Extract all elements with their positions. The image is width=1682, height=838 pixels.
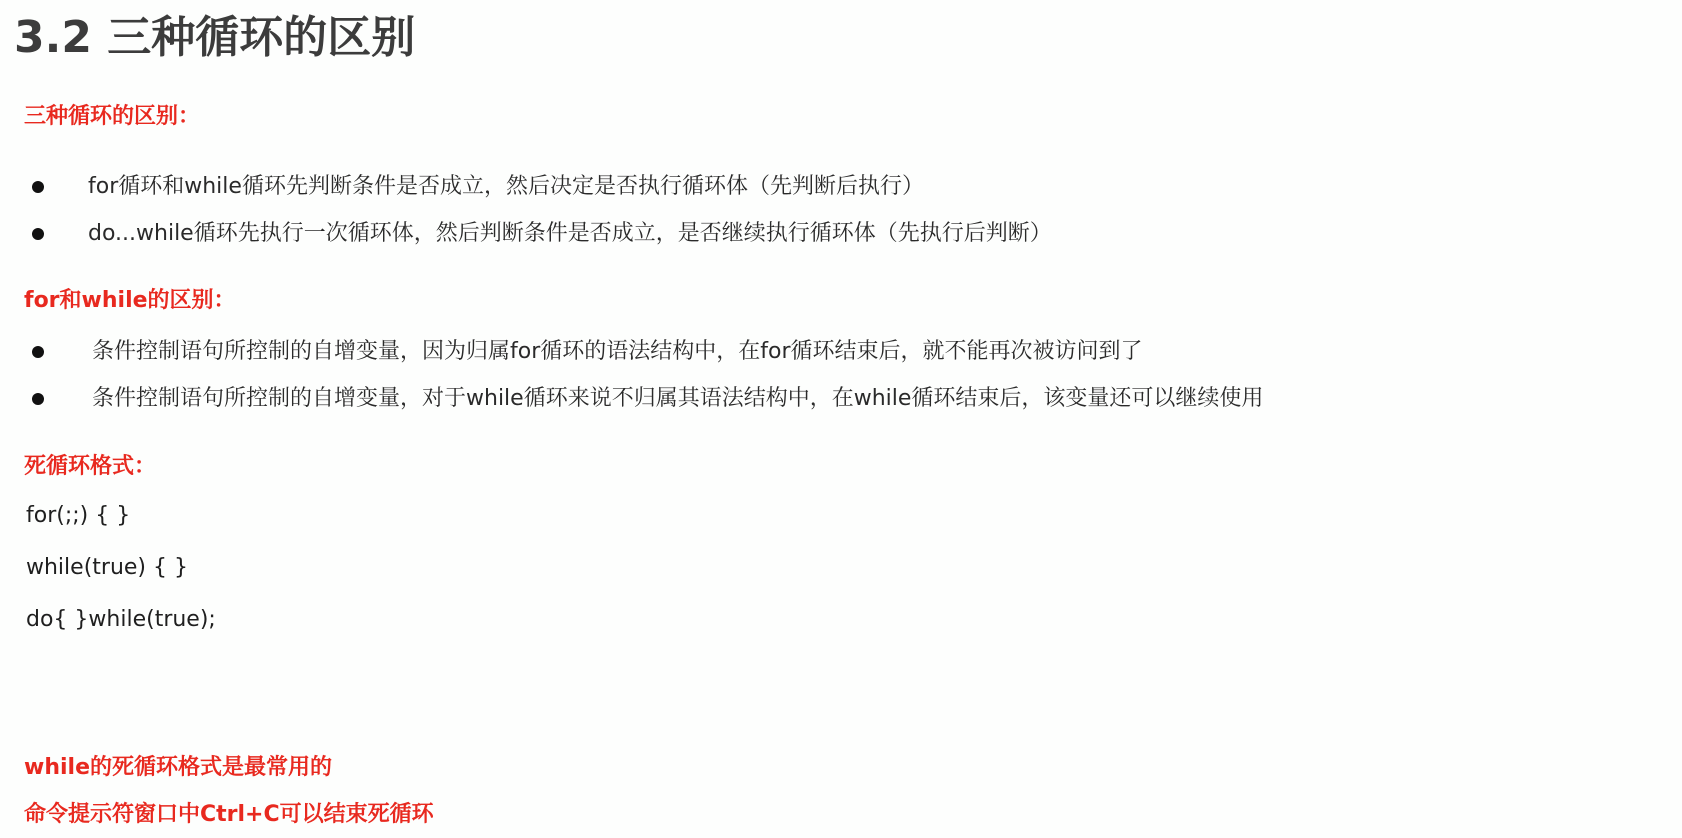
code-line-do-while: do{ }while(true); — [26, 605, 216, 635]
list-item-text: 条件控制语句所控制的自增变量，对于while循环来说不归属其语法结构中，在whi… — [92, 382, 1263, 416]
list-item-text: do...while循环先执行一次循环体，然后判断条件是否成立，是否继续执行循环… — [88, 217, 1052, 251]
page-title: 3.2 三种循环的区别 — [14, 8, 415, 68]
note-while-most-common: while的死循环格式是最常用的 — [24, 753, 332, 783]
bullet-icon — [32, 228, 44, 240]
bullet-icon — [32, 346, 44, 358]
bullet-icon — [32, 181, 44, 193]
list-item-text: for循环和while循环先判断条件是否成立，然后决定是否执行循环体（先判断后执… — [88, 170, 924, 204]
code-line-while: while(true) { } — [26, 553, 188, 583]
section-heading-loop-differences: 三种循环的区别： — [24, 102, 200, 132]
bullet-icon — [32, 393, 44, 405]
section-heading-for-vs-while: for和while的区别： — [24, 286, 236, 316]
section-heading-infinite-loop: 死循环格式： — [24, 452, 156, 482]
note-ctrl-c: 命令提示符窗口中Ctrl+C可以结束死循环 — [24, 800, 434, 830]
code-line-for: for(;;) { } — [26, 501, 130, 531]
list-item-text: 条件控制语句所控制的自增变量，因为归属for循环的语法结构中，在for循环结束后… — [92, 335, 1143, 369]
